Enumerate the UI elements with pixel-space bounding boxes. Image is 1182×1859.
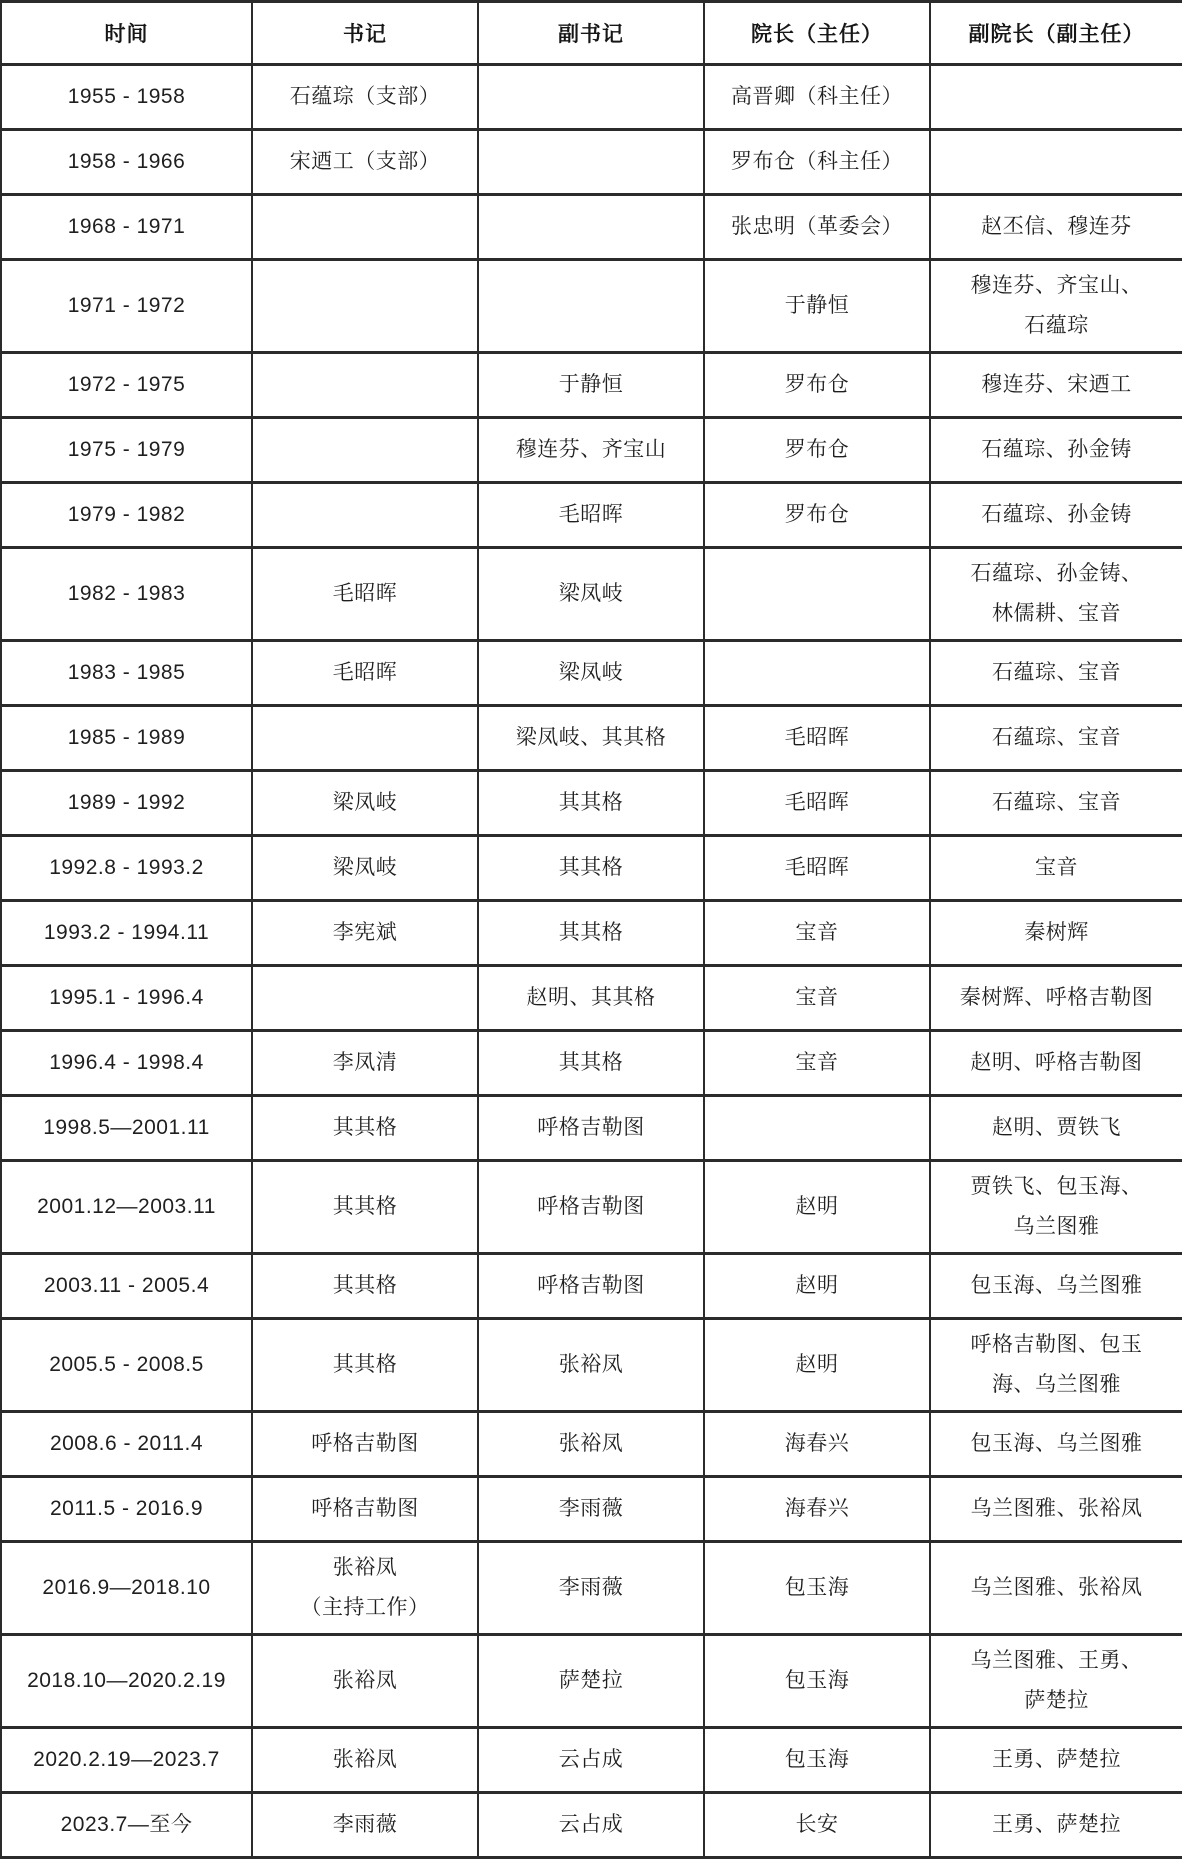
column-header-time: 时间 <box>1 2 252 65</box>
cell-deputy-secretary: 云占成 <box>478 1793 704 1858</box>
table-row: 2023.7—至今李雨薇云占成长安王勇、萨楚拉 <box>1 1793 1182 1858</box>
cell-secretary: 石蕴琮（支部） <box>252 65 478 130</box>
cell-time: 2011.5 - 2016.9 <box>1 1477 252 1542</box>
cell-deputy-secretary: 毛昭晖 <box>478 483 704 548</box>
cell-deputy-director: 乌兰图雅、张裕凤 <box>930 1542 1182 1635</box>
cell-deputy-secretary: 其其格 <box>478 1031 704 1096</box>
cell-deputy-director: 贾铁飞、包玉海、 乌兰图雅 <box>930 1161 1182 1254</box>
cell-director: 宝音 <box>704 966 930 1031</box>
column-header-deputy-secretary: 副书记 <box>478 2 704 65</box>
cell-deputy-secretary: 于静恒 <box>478 353 704 418</box>
table-row: 1996.4 - 1998.4李凤清其其格宝音赵明、呼格吉勒图 <box>1 1031 1182 1096</box>
table-row: 2005.5 - 2008.5其其格张裕凤赵明呼格吉勒图、包玉 海、乌兰图雅 <box>1 1319 1182 1412</box>
cell-secretary: 李雨薇 <box>252 1793 478 1858</box>
cell-time: 2005.5 - 2008.5 <box>1 1319 252 1412</box>
cell-deputy-director: 王勇、萨楚拉 <box>930 1793 1182 1858</box>
cell-director: 罗布仓 <box>704 483 930 548</box>
cell-secretary: 梁凤岐 <box>252 836 478 901</box>
cell-director: 海春兴 <box>704 1412 930 1477</box>
cell-director: 赵明 <box>704 1254 930 1319</box>
cell-secretary <box>252 195 478 260</box>
table-row: 1972 - 1975于静恒罗布仓穆连芬、宋迺工 <box>1 353 1182 418</box>
cell-deputy-director: 宝音 <box>930 836 1182 901</box>
cell-time: 2001.12—2003.11 <box>1 1161 252 1254</box>
table-row: 1982 - 1983毛昭晖梁凤岐石蕴琮、孙金铸、 林儒耕、宝音 <box>1 548 1182 641</box>
cell-time: 1993.2 - 1994.11 <box>1 901 252 966</box>
cell-deputy-secretary <box>478 65 704 130</box>
cell-deputy-secretary: 萨楚拉 <box>478 1635 704 1728</box>
cell-deputy-secretary: 呼格吉勒图 <box>478 1254 704 1319</box>
cell-deputy-secretary: 呼格吉勒图 <box>478 1096 704 1161</box>
cell-time: 1982 - 1983 <box>1 548 252 641</box>
cell-deputy-secretary <box>478 260 704 353</box>
cell-time: 2023.7—至今 <box>1 1793 252 1858</box>
cell-director: 包玉海 <box>704 1635 930 1728</box>
cell-time: 2008.6 - 2011.4 <box>1 1412 252 1477</box>
cell-secretary: 宋迺工（支部） <box>252 130 478 195</box>
cell-time: 1992.8 - 1993.2 <box>1 836 252 901</box>
cell-deputy-director: 石蕴琮、孙金铸、 林儒耕、宝音 <box>930 548 1182 641</box>
table-row: 1998.5—2001.11其其格呼格吉勒图赵明、贾铁飞 <box>1 1096 1182 1161</box>
cell-director <box>704 1096 930 1161</box>
cell-deputy-director: 呼格吉勒图、包玉 海、乌兰图雅 <box>930 1319 1182 1412</box>
cell-deputy-director: 穆连芬、齐宝山、 石蕴琮 <box>930 260 1182 353</box>
cell-deputy-director <box>930 130 1182 195</box>
cell-time: 2018.10—2020.2.19 <box>1 1635 252 1728</box>
cell-deputy-secretary: 张裕凤 <box>478 1319 704 1412</box>
cell-deputy-director: 穆连芬、宋迺工 <box>930 353 1182 418</box>
cell-time: 1972 - 1975 <box>1 353 252 418</box>
cell-secretary <box>252 966 478 1031</box>
cell-director <box>704 548 930 641</box>
column-header-secretary: 书记 <box>252 2 478 65</box>
cell-deputy-secretary: 其其格 <box>478 901 704 966</box>
cell-deputy-director: 赵丕信、穆连芬 <box>930 195 1182 260</box>
table-body: 1955 - 1958石蕴琮（支部）高晋卿（科主任）1958 - 1966宋迺工… <box>1 65 1182 1858</box>
cell-deputy-secretary: 李雨薇 <box>478 1542 704 1635</box>
cell-time: 1979 - 1982 <box>1 483 252 548</box>
cell-time: 1958 - 1966 <box>1 130 252 195</box>
cell-time: 1968 - 1971 <box>1 195 252 260</box>
cell-director: 罗布仓 <box>704 418 930 483</box>
table-row: 1993.2 - 1994.11李宪斌其其格宝音秦树辉 <box>1 901 1182 966</box>
cell-secretary: 呼格吉勒图 <box>252 1477 478 1542</box>
cell-director: 毛昭晖 <box>704 706 930 771</box>
table-row: 1971 - 1972于静恒穆连芬、齐宝山、 石蕴琮 <box>1 260 1182 353</box>
cell-deputy-secretary: 其其格 <box>478 836 704 901</box>
cell-time: 1971 - 1972 <box>1 260 252 353</box>
cell-deputy-director: 石蕴琮、孙金铸 <box>930 483 1182 548</box>
table-row: 2011.5 - 2016.9呼格吉勒图李雨薇海春兴乌兰图雅、张裕凤 <box>1 1477 1182 1542</box>
cell-deputy-secretary: 其其格 <box>478 771 704 836</box>
table-row: 2001.12—2003.11其其格呼格吉勒图赵明贾铁飞、包玉海、 乌兰图雅 <box>1 1161 1182 1254</box>
cell-deputy-secretary: 梁凤岐 <box>478 641 704 706</box>
cell-deputy-secretary: 梁凤岐 <box>478 548 704 641</box>
cell-secretary <box>252 418 478 483</box>
cell-secretary: 毛昭晖 <box>252 548 478 641</box>
table-row: 1989 - 1992梁凤岐其其格毛昭晖石蕴琮、宝音 <box>1 771 1182 836</box>
cell-time: 1975 - 1979 <box>1 418 252 483</box>
cell-deputy-director: 秦树辉、呼格吉勒图 <box>930 966 1182 1031</box>
cell-time: 2020.2.19—2023.7 <box>1 1728 252 1793</box>
cell-deputy-secretary: 呼格吉勒图 <box>478 1161 704 1254</box>
cell-director: 高晋卿（科主任） <box>704 65 930 130</box>
cell-director: 赵明 <box>704 1161 930 1254</box>
cell-secretary <box>252 353 478 418</box>
cell-secretary: 张裕凤 （主持工作） <box>252 1542 478 1635</box>
cell-secretary <box>252 483 478 548</box>
cell-deputy-director <box>930 65 1182 130</box>
cell-director: 于静恒 <box>704 260 930 353</box>
table-row: 1955 - 1958石蕴琮（支部）高晋卿（科主任） <box>1 65 1182 130</box>
cell-time: 1989 - 1992 <box>1 771 252 836</box>
cell-deputy-director: 包玉海、乌兰图雅 <box>930 1254 1182 1319</box>
cell-secretary: 其其格 <box>252 1096 478 1161</box>
table-row: 1975 - 1979穆连芬、齐宝山罗布仓石蕴琮、孙金铸 <box>1 418 1182 483</box>
cell-deputy-secretary: 赵明、其其格 <box>478 966 704 1031</box>
header-row: 时间 书记 副书记 院长（主任） 副院长（副主任） <box>1 2 1182 65</box>
table-header: 时间 书记 副书记 院长（主任） 副院长（副主任） <box>1 2 1182 65</box>
column-header-deputy-director: 副院长（副主任） <box>930 2 1182 65</box>
cell-director: 包玉海 <box>704 1542 930 1635</box>
cell-deputy-secretary: 李雨薇 <box>478 1477 704 1542</box>
cell-deputy-director: 乌兰图雅、王勇、 萨楚拉 <box>930 1635 1182 1728</box>
cell-director: 海春兴 <box>704 1477 930 1542</box>
cell-time: 1985 - 1989 <box>1 706 252 771</box>
cell-time: 2003.11 - 2005.4 <box>1 1254 252 1319</box>
cell-secretary: 李宪斌 <box>252 901 478 966</box>
cell-deputy-director: 石蕴琮、宝音 <box>930 641 1182 706</box>
cell-deputy-secretary <box>478 195 704 260</box>
table-row: 2003.11 - 2005.4其其格呼格吉勒图赵明包玉海、乌兰图雅 <box>1 1254 1182 1319</box>
cell-deputy-secretary: 梁凤岐、其其格 <box>478 706 704 771</box>
leadership-history-table-container: 时间 书记 副书记 院长（主任） 副院长（副主任） 1955 - 1958石蕴琮… <box>0 0 1182 1859</box>
table-row: 2016.9—2018.10张裕凤 （主持工作）李雨薇包玉海乌兰图雅、张裕凤 <box>1 1542 1182 1635</box>
cell-secretary <box>252 260 478 353</box>
cell-deputy-secretary: 张裕凤 <box>478 1412 704 1477</box>
cell-director: 赵明 <box>704 1319 930 1412</box>
table-row: 1968 - 1971张忠明（革委会）赵丕信、穆连芬 <box>1 195 1182 260</box>
cell-director: 宝音 <box>704 1031 930 1096</box>
cell-time: 1998.5—2001.11 <box>1 1096 252 1161</box>
table-row: 1992.8 - 1993.2梁凤岐其其格毛昭晖宝音 <box>1 836 1182 901</box>
cell-secretary: 李凤清 <box>252 1031 478 1096</box>
table-row: 1979 - 1982毛昭晖罗布仓石蕴琮、孙金铸 <box>1 483 1182 548</box>
cell-time: 2016.9—2018.10 <box>1 1542 252 1635</box>
cell-secretary: 呼格吉勒图 <box>252 1412 478 1477</box>
cell-director: 毛昭晖 <box>704 836 930 901</box>
table-row: 1958 - 1966宋迺工（支部）罗布仓（科主任） <box>1 130 1182 195</box>
cell-director: 长安 <box>704 1793 930 1858</box>
cell-secretary: 张裕凤 <box>252 1635 478 1728</box>
cell-director <box>704 641 930 706</box>
column-header-director: 院长（主任） <box>704 2 930 65</box>
cell-deputy-director: 王勇、萨楚拉 <box>930 1728 1182 1793</box>
cell-deputy-director: 包玉海、乌兰图雅 <box>930 1412 1182 1477</box>
cell-deputy-director: 赵明、呼格吉勒图 <box>930 1031 1182 1096</box>
cell-deputy-director: 石蕴琮、宝音 <box>930 706 1182 771</box>
cell-director: 罗布仓 <box>704 353 930 418</box>
table-row: 2008.6 - 2011.4呼格吉勒图张裕凤海春兴包玉海、乌兰图雅 <box>1 1412 1182 1477</box>
cell-director: 包玉海 <box>704 1728 930 1793</box>
cell-director: 宝音 <box>704 901 930 966</box>
table-row: 2018.10—2020.2.19张裕凤萨楚拉包玉海乌兰图雅、王勇、 萨楚拉 <box>1 1635 1182 1728</box>
cell-director: 张忠明（革委会） <box>704 195 930 260</box>
cell-time: 1983 - 1985 <box>1 641 252 706</box>
table-row: 1995.1 - 1996.4赵明、其其格宝音秦树辉、呼格吉勒图 <box>1 966 1182 1031</box>
cell-time: 1996.4 - 1998.4 <box>1 1031 252 1096</box>
cell-deputy-director: 石蕴琮、孙金铸 <box>930 418 1182 483</box>
leadership-history-table: 时间 书记 副书记 院长（主任） 副院长（副主任） 1955 - 1958石蕴琮… <box>0 0 1182 1859</box>
cell-secretary: 张裕凤 <box>252 1728 478 1793</box>
table-row: 1983 - 1985毛昭晖梁凤岐石蕴琮、宝音 <box>1 641 1182 706</box>
table-row: 1985 - 1989梁凤岐、其其格毛昭晖石蕴琮、宝音 <box>1 706 1182 771</box>
cell-deputy-director: 赵明、贾铁飞 <box>930 1096 1182 1161</box>
cell-deputy-director: 乌兰图雅、张裕凤 <box>930 1477 1182 1542</box>
cell-secretary: 其其格 <box>252 1254 478 1319</box>
cell-time: 1995.1 - 1996.4 <box>1 966 252 1031</box>
cell-secretary <box>252 706 478 771</box>
table-row: 2020.2.19—2023.7张裕凤云占成包玉海王勇、萨楚拉 <box>1 1728 1182 1793</box>
cell-deputy-secretary: 云占成 <box>478 1728 704 1793</box>
cell-director: 罗布仓（科主任） <box>704 130 930 195</box>
cell-deputy-secretary <box>478 130 704 195</box>
cell-director: 毛昭晖 <box>704 771 930 836</box>
cell-secretary: 毛昭晖 <box>252 641 478 706</box>
cell-secretary: 其其格 <box>252 1319 478 1412</box>
cell-deputy-secretary: 穆连芬、齐宝山 <box>478 418 704 483</box>
cell-time: 1955 - 1958 <box>1 65 252 130</box>
cell-secretary: 梁凤岐 <box>252 771 478 836</box>
cell-deputy-director: 石蕴琮、宝音 <box>930 771 1182 836</box>
cell-secretary: 其其格 <box>252 1161 478 1254</box>
cell-deputy-director: 秦树辉 <box>930 901 1182 966</box>
